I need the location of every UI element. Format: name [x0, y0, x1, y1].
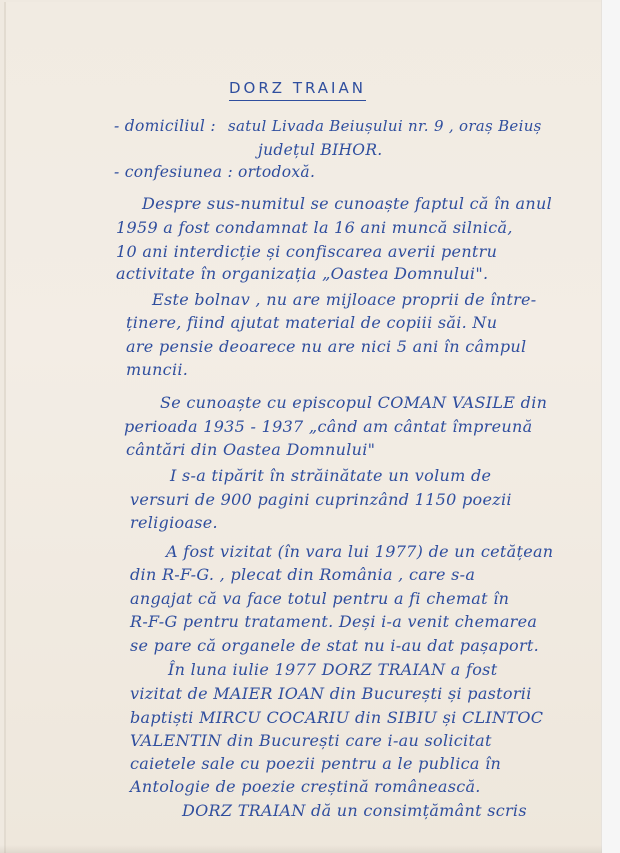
text-line: versuri de 900 pagini cuprinzând 1150 po…: [130, 490, 512, 509]
text-line: religioase.: [130, 513, 218, 532]
text-line: muncii.: [126, 360, 188, 379]
text-line: activitate în organizația „Oastea Domnul…: [116, 264, 488, 283]
text-line: baptiști MIRCU COCARIU din SIBIU și CLIN…: [130, 708, 543, 727]
text-line: I s-a tipărit în străinătate un volum de: [170, 466, 491, 485]
text-line: din R-F-G. , plecat din România , care s…: [130, 565, 475, 584]
text-line: cântări din Oastea Domnului": [126, 440, 375, 459]
text-line: are pensie deoarece nu are nici 5 ani în…: [126, 337, 526, 356]
scan-margin: [601, 0, 620, 853]
page-bottom-edge: [0, 845, 602, 853]
text-line: vizitat de MAIER IOAN din București și p…: [130, 684, 532, 703]
text-line: caietele sale cu poezii pentru a le publ…: [130, 754, 501, 773]
text-line: R-F-G pentru tratament. Deși i-a venit c…: [130, 612, 537, 631]
text-line: ținere, fiind ajutat material de copiii …: [126, 313, 497, 332]
text-line: angajat că va face totul pentru a fi che…: [130, 589, 509, 608]
text-line: În luna iulie 1977 DORZ TRAIAN a fost: [168, 660, 497, 679]
document-title: DORZ TRAIAN: [229, 79, 366, 101]
text-line: A fost vizitat (în vara lui 1977) de un …: [166, 542, 553, 561]
text-line: se pare că organele de stat nu i-au dat …: [130, 636, 539, 655]
text-line: Se cunoaște cu episcopul COMAN VASILE di…: [160, 393, 547, 412]
text-line: Este bolnav , nu are mijloace proprii de…: [152, 290, 537, 309]
text-line: DORZ TRAIAN dă un consimțământ scris: [182, 801, 527, 820]
field-confession-value: ortodoxă.: [238, 163, 315, 181]
text-line: 1959 a fost condamnat la 16 ani muncă si…: [116, 218, 513, 237]
field-domicile-label: - domiciliul :: [114, 117, 216, 135]
field-confession-label: - confesiunea :: [114, 163, 233, 181]
text-line: Despre sus-numitul se cunoaște faptul că…: [142, 194, 552, 213]
text-line: 10 ani interdicție și confiscarea averii…: [116, 242, 497, 261]
text-line: VALENTIN din București care i-au solicit…: [130, 731, 492, 750]
text-line: perioada 1935 - 1937 „când am cântat împ…: [124, 417, 532, 436]
field-county-value: județul BIHOR.: [258, 141, 383, 159]
text-line: Antologie de poezie creștină românească.: [130, 777, 481, 796]
field-domicile-value: satul Livada Beiușului nr. 9 , oraș Beiu…: [228, 117, 542, 135]
